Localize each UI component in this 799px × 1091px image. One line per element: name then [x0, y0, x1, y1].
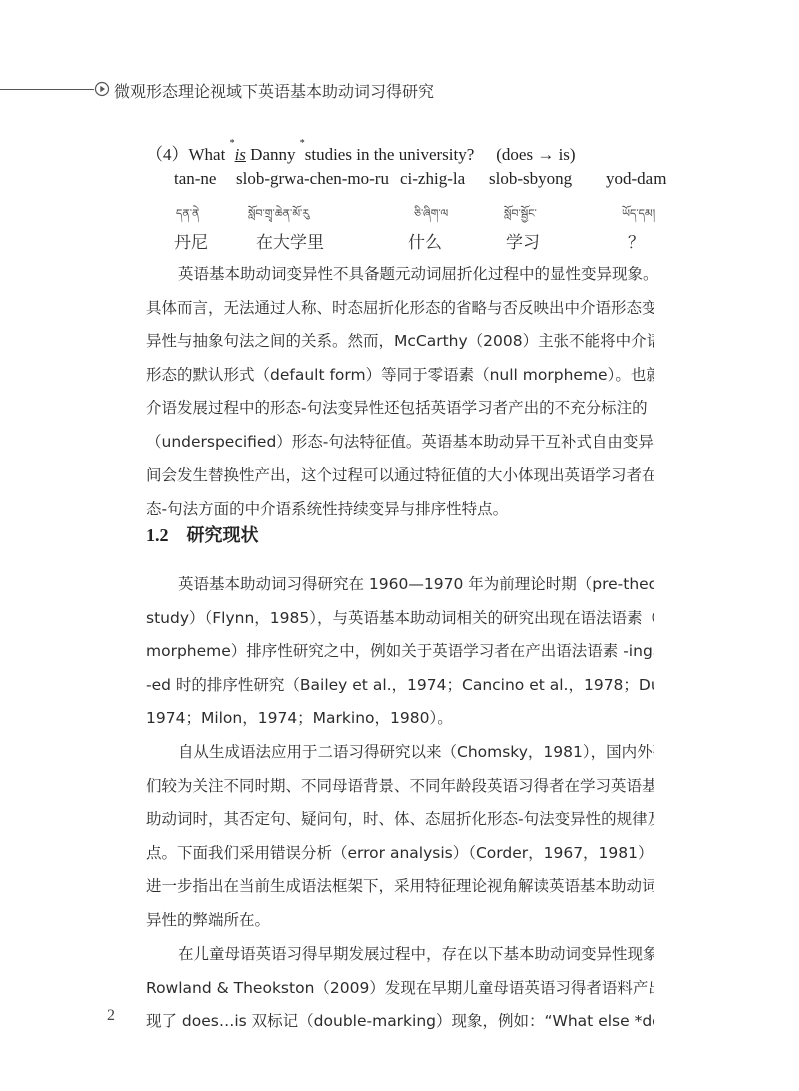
gloss-column: ci-zhig-la: [400, 169, 465, 189]
paragraph: 英语基本助动词习得研究在 1960—1970 年为前理论时期（pre-theor…: [146, 568, 654, 736]
header-rule: [0, 89, 94, 90]
ungrammatical-marker: *: [230, 138, 235, 149]
correction-note: (does → is): [496, 145, 575, 164]
paragraph: 自从生成语法应用于二语习得研究以来（Chomsky，1981），国内外研究者 们…: [146, 736, 654, 937]
gloss-column: tan-ne: [174, 169, 216, 189]
chinese-gloss: 在大学里: [256, 228, 324, 253]
chinese-gloss: 丹尼: [174, 228, 208, 253]
chinese-gloss: 什么: [408, 228, 442, 253]
gloss-column: slob-grwa-chen-mo-ru: [236, 169, 389, 189]
ungrammatical-marker: *: [300, 138, 305, 149]
example-sentence: （4）What *is Danny *studies in the univer…: [146, 140, 576, 165]
gloss-column: slob-sbyong: [489, 169, 572, 189]
page-number: 2: [107, 1007, 115, 1025]
chinese-gloss: ？: [628, 228, 645, 253]
paragraph: 在儿童母语英语习得早期发展过程中，存在以下基本助动词变异性现象。 Rowland…: [146, 938, 654, 1039]
paragraph: 英语基本助动词变异性不具备题元动词屈折化过程中的显性变异现象。 具体而言，无法通…: [146, 258, 654, 526]
error-word: is: [235, 145, 246, 164]
play-circle-icon: [94, 81, 110, 97]
section-number: 1.2: [146, 525, 169, 545]
running-header: 微观形态理论视域下英语基本助动词习得研究: [0, 79, 799, 101]
book-title: 微观形态理论视域下英语基本助动词习得研究: [114, 79, 434, 102]
section-title: 研究现状: [187, 525, 259, 546]
section-heading: 1.2研究现状: [146, 521, 259, 547]
chinese-gloss: 学习: [506, 228, 540, 253]
gloss-column: yod-dam: [606, 169, 666, 189]
example-number: （4）: [146, 145, 189, 164]
